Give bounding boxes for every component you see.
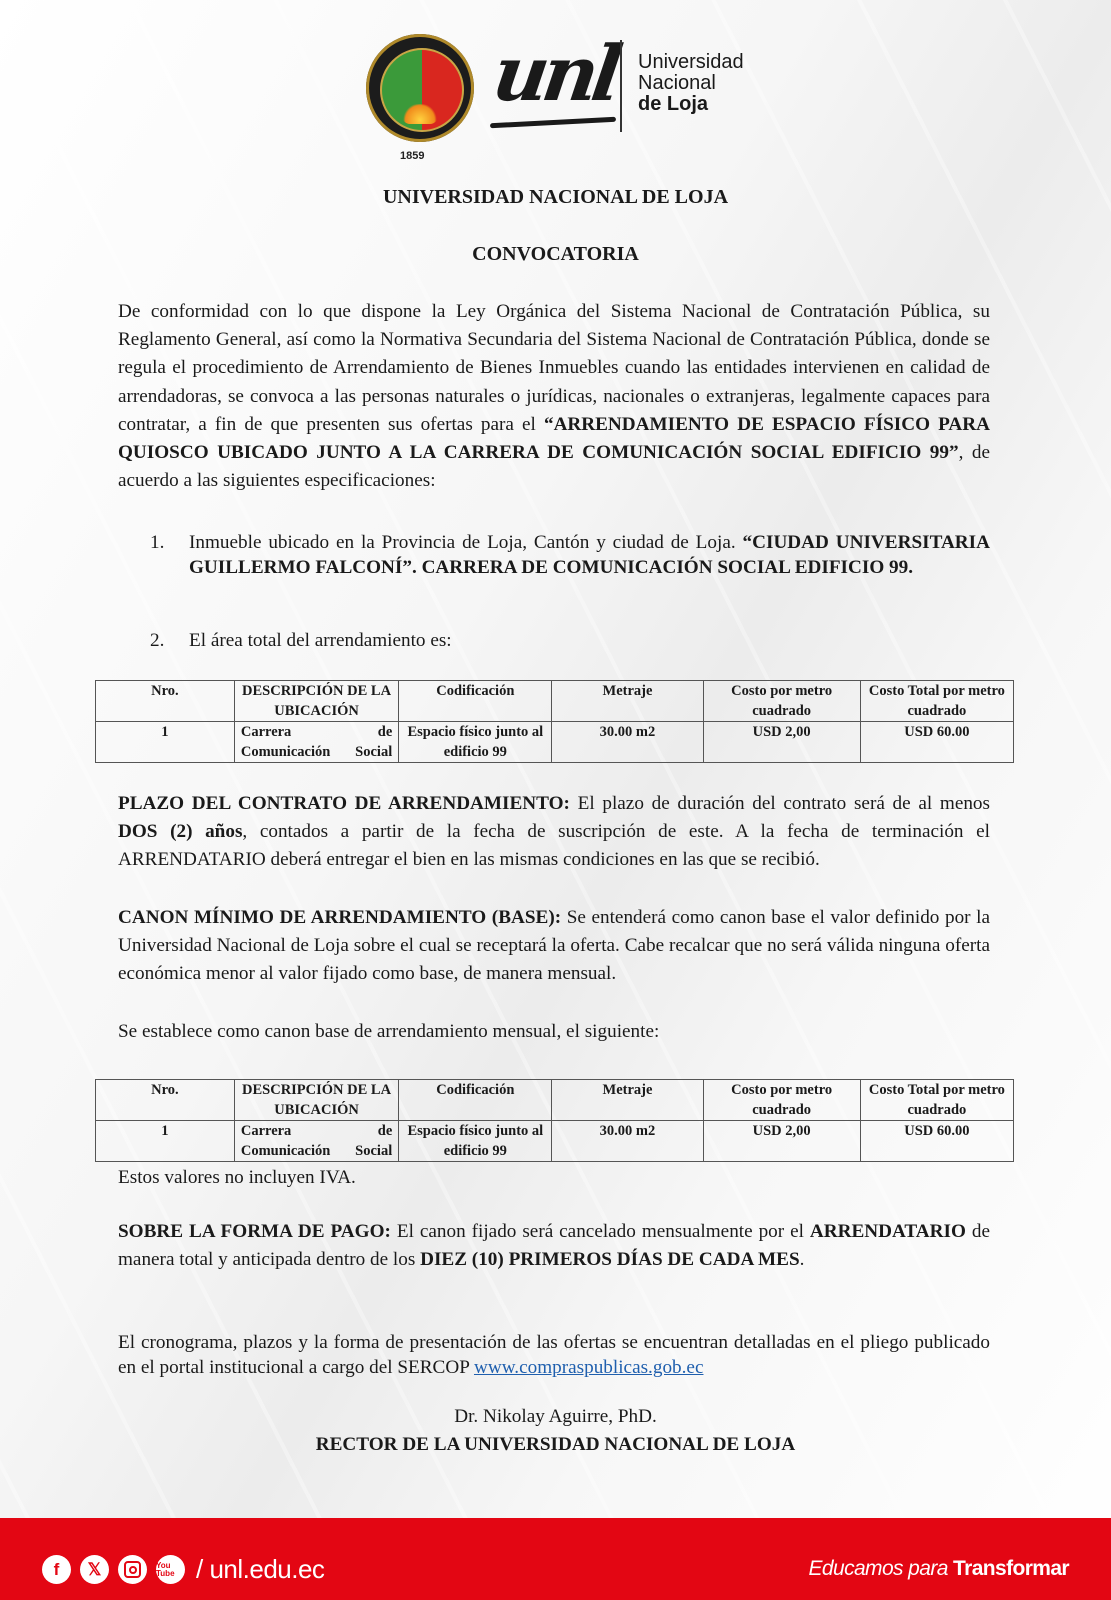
column-header: Costo por metro cuadrado — [703, 1080, 860, 1121]
table-header-row: Nro.DESCRIPCIÓN DE LA UBICACIÓNCodificac… — [96, 681, 1014, 722]
column-header: Metraje — [552, 681, 703, 722]
logo-wordmark: Universidad Nacional de Loja — [638, 52, 744, 115]
canon-table: Nro.DESCRIPCIÓN DE LA UBICACIÓNCodificac… — [95, 1079, 1014, 1162]
iva-note: Estos valores no incluyen IVA. — [118, 1164, 990, 1192]
column-header: Nro. — [96, 681, 235, 722]
column-header: DESCRIPCIÓN DE LA UBICACIÓN — [234, 1080, 398, 1121]
column-header: Costo Total por metro cuadrado — [860, 1080, 1013, 1121]
unl-logo-mark: unl — [489, 36, 621, 112]
x-icon[interactable]: 𝕏 — [80, 1555, 109, 1584]
table-cell: USD 60.00 — [860, 722, 1013, 763]
table-cell: Espacio físico junto al edificio 99 — [399, 722, 552, 763]
table-cell: Carrera de Comunicación Social — [234, 1121, 398, 1162]
youtube-icon[interactable]: You Tube — [156, 1555, 185, 1584]
instagram-icon[interactable] — [118, 1555, 147, 1584]
canon-intro: Se establece como canon base de arrendam… — [118, 1018, 990, 1046]
table-cell: 1 — [96, 722, 235, 763]
table-cell: Carrera de Comunicación Social — [234, 722, 398, 763]
area-table: Nro.DESCRIPCIÓN DE LA UBICACIÓNCodificac… — [95, 680, 1014, 763]
table-cell: Espacio físico junto al edificio 99 — [399, 1121, 552, 1162]
cronograma-paragraph: El cronograma, plazos y la forma de pres… — [118, 1330, 990, 1380]
table-cell: 1 — [96, 1121, 235, 1162]
column-header: Nro. — [96, 1080, 235, 1121]
table-row: 1Carrera de Comunicación SocialEspacio f… — [96, 722, 1014, 763]
institution-title: UNIVERSIDAD NACIONAL DE LOJA — [0, 186, 1111, 209]
logo-word-3: de Loja — [638, 94, 744, 115]
social-links: f 𝕏 You Tube / unl.edu.ec — [42, 1554, 324, 1585]
column-header: Costo Total por metro cuadrado — [860, 681, 1013, 722]
header-logos: 1859 unl Universidad Nacional de Loja — [362, 32, 762, 172]
compraspublicas-link[interactable]: www.compraspublicas.gob.ec — [474, 1357, 703, 1378]
footer-bar: f 𝕏 You Tube / unl.edu.ec Educamos para … — [0, 1518, 1111, 1600]
column-header: Codificación — [399, 681, 552, 722]
seal-year: 1859 — [400, 150, 424, 162]
table-cell: USD 2,00 — [703, 1121, 860, 1162]
signatory-name: Dr. Nikolay Aguirre, PhD. — [0, 1406, 1111, 1428]
column-header: Codificación — [399, 1080, 552, 1121]
plazo-paragraph: PLAZO DEL CONTRATO DE ARRENDAMIENTO: El … — [118, 790, 990, 875]
facebook-icon[interactable]: f — [42, 1555, 71, 1584]
logo-underline — [490, 117, 616, 129]
column-header: Metraje — [552, 1080, 703, 1121]
university-seal-icon — [366, 34, 474, 142]
signatory-role: RECTOR DE LA UNIVERSIDAD NACIONAL DE LOJ… — [0, 1434, 1111, 1456]
logo-word-1: Universidad — [638, 52, 744, 73]
website-url[interactable]: / unl.edu.ec — [196, 1554, 324, 1585]
slogan: Educamos para Transformar — [809, 1557, 1069, 1581]
logo-divider — [620, 40, 622, 132]
column-header: DESCRIPCIÓN DE LA UBICACIÓN — [234, 681, 398, 722]
table-cell: USD 60.00 — [860, 1121, 1013, 1162]
table-cell: USD 2,00 — [703, 722, 860, 763]
intro-paragraph: De conformidad con lo que dispone la Ley… — [118, 298, 990, 495]
logo-word-2: Nacional — [638, 73, 744, 94]
table-header-row: Nro.DESCRIPCIÓN DE LA UBICACIÓNCodificac… — [96, 1080, 1014, 1121]
column-header: Costo por metro cuadrado — [703, 681, 860, 722]
table-cell: 30.00 m2 — [552, 722, 703, 763]
table-row: 1Carrera de Comunicación SocialEspacio f… — [96, 1121, 1014, 1162]
payment-paragraph: SOBRE LA FORMA DE PAGO: El canon fijado … — [118, 1218, 990, 1274]
table-cell: 30.00 m2 — [552, 1121, 703, 1162]
canon-paragraph: CANON MÍNIMO DE ARRENDAMIENTO (BASE): Se… — [118, 904, 990, 989]
document-title: CONVOCATORIA — [0, 243, 1111, 266]
